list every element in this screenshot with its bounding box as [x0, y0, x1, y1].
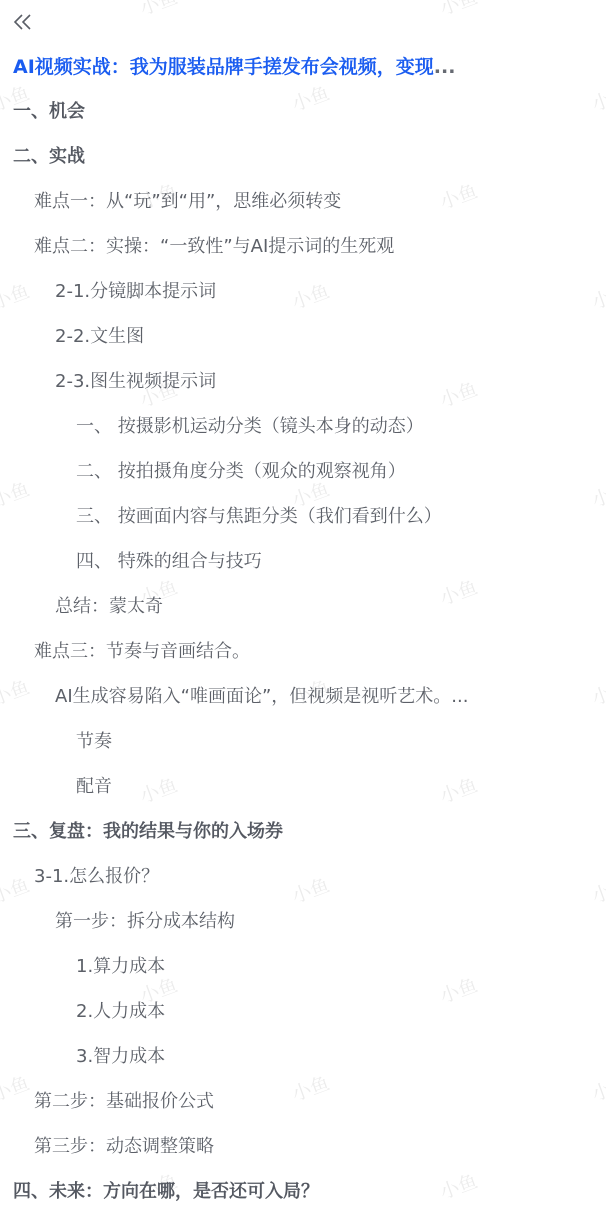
toc-item-2-3[interactable]: 2-3.图生视频提示词 [0, 367, 606, 412]
toc-item-2-1[interactable]: 2-1.分镜脚本提示词 [0, 277, 606, 322]
toc-item-intellect-cost[interactable]: 3.智力成本 [0, 1042, 606, 1087]
toc-item-difficulty-1[interactable]: 难点一：从“玩”到“用”，思维必须转变 [0, 187, 606, 232]
toc-item-shooting-angle[interactable]: 二、 按拍摄角度分类（观众的观察视角） [0, 457, 606, 502]
collapse-sidebar-button[interactable] [10, 10, 36, 34]
document-title[interactable]: AI视频实战：我为服装品牌手搓发布会视频，变现... [13, 52, 455, 82]
toc-item-content-focal[interactable]: 三、 按画面内容与焦距分类（我们看到什么） [0, 502, 606, 547]
toc-item-compute-cost[interactable]: 1.算力成本 [0, 952, 606, 997]
toc-item-camera-movement[interactable]: 一、 按摄影机运动分类（镜头本身的动态） [0, 412, 606, 457]
document-title-text: AI视频实战：我为服装品牌手搓发布会视频，变现 [13, 56, 434, 78]
toc-item-3-1[interactable]: 3-1.怎么报价？ [0, 862, 606, 907]
title-ellipsis: ... [434, 56, 456, 78]
toc-item-step-1[interactable]: 第一步：拆分成本结构 [0, 907, 606, 952]
toc-item-special-techniques[interactable]: 四、 特殊的组合与技巧 [0, 547, 606, 592]
watermark: 小鱼 [438, 0, 480, 19]
toc-item-difficulty-2[interactable]: 难点二：实操：“一致性”与AI提示词的生死观 [0, 232, 606, 277]
toc-item-audiovisual[interactable]: AI生成容易陷入“唯画面论”，但视频是视听艺术。... [0, 682, 606, 727]
watermark: 小鱼 [138, 0, 180, 19]
toc-item-voiceover[interactable]: 配音 [0, 772, 606, 817]
toc-item-rhythm[interactable]: 节奏 [0, 727, 606, 772]
toc-item-step-2[interactable]: 第二步：基础报价公式 [0, 1087, 606, 1132]
toc-item-difficulty-3[interactable]: 难点三：节奏与音画结合。 [0, 637, 606, 682]
double-chevron-left-icon [12, 13, 34, 31]
toc-item-labor-cost[interactable]: 2.人力成本 [0, 997, 606, 1042]
toc-list: 一、机会 二、实战 难点一：从“玩”到“用”，思维必须转变 难点二：实操：“一致… [0, 97, 606, 1215]
toc-item-2-2[interactable]: 2-2.文生图 [0, 322, 606, 367]
toc-item-opportunity[interactable]: 一、机会 [0, 97, 606, 142]
toc-item-step-3[interactable]: 第三步：动态调整策略 [0, 1132, 606, 1177]
toc-item-practice[interactable]: 二、实战 [0, 142, 606, 187]
toc-item-review[interactable]: 三、复盘：我的结果与你的入场券 [0, 817, 606, 862]
toc-item-montage-summary[interactable]: 总结：蒙太奇 [0, 592, 606, 637]
toc-item-future[interactable]: 四、未来：方向在哪，是否还可入局？ [0, 1177, 606, 1215]
